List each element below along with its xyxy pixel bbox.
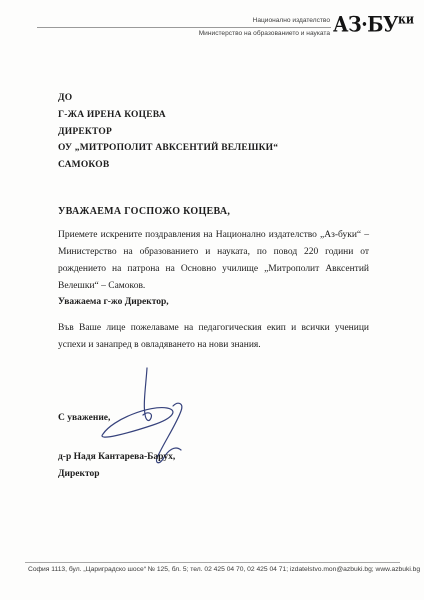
recipient-block: ДО Г-ЖА ИРЕНА КОЦЕВА ДИРЕКТОР ОУ „МИТРОП… (58, 90, 278, 174)
signer-title: Директор (58, 469, 100, 479)
recipient-line-city: САМОКОВ (58, 157, 278, 174)
azbuki-logo: АЗ·БУки (333, 12, 414, 37)
header-divider-line (37, 27, 331, 28)
footer-divider-line (25, 562, 400, 563)
sub-salutation: Уважаема г-жо Директор, (58, 297, 169, 307)
closing-line: С уважение, (58, 413, 110, 423)
signer-name: д-р Надя Кантарева-Барух, (58, 452, 175, 462)
body-paragraph-1: Приемете искрените поздравления на Нацио… (58, 227, 369, 295)
body-paragraph-2: Във Ваше лице пожелаваме на педагогическ… (58, 320, 369, 354)
recipient-line-name: Г-ЖА ИРЕНА КОЦЕВА (58, 107, 278, 124)
header-publisher-line: Национално издателство (253, 17, 330, 24)
recipient-line-role: ДИРЕКТОР (58, 124, 278, 141)
header-ministry-line: Министерство на образованието и науката (199, 30, 330, 37)
azbuki-logo-sup: ки (398, 12, 414, 27)
azbuki-logo-main: АЗ·БУ (333, 12, 398, 37)
recipient-line-to: ДО (58, 90, 278, 107)
recipient-line-school: ОУ „МИТРОПОЛИТ АВКСЕНТИЙ ВЕЛЕШКИ“ (58, 140, 278, 157)
letter-page: Национално издателство Министерство на о… (0, 0, 424, 600)
salutation: УВАЖАЕМА ГОСПОЖО КОЦЕВА, (58, 206, 230, 217)
footer-contact-info: София 1113, бул. „Цариградско шосе“ № 12… (28, 566, 408, 573)
